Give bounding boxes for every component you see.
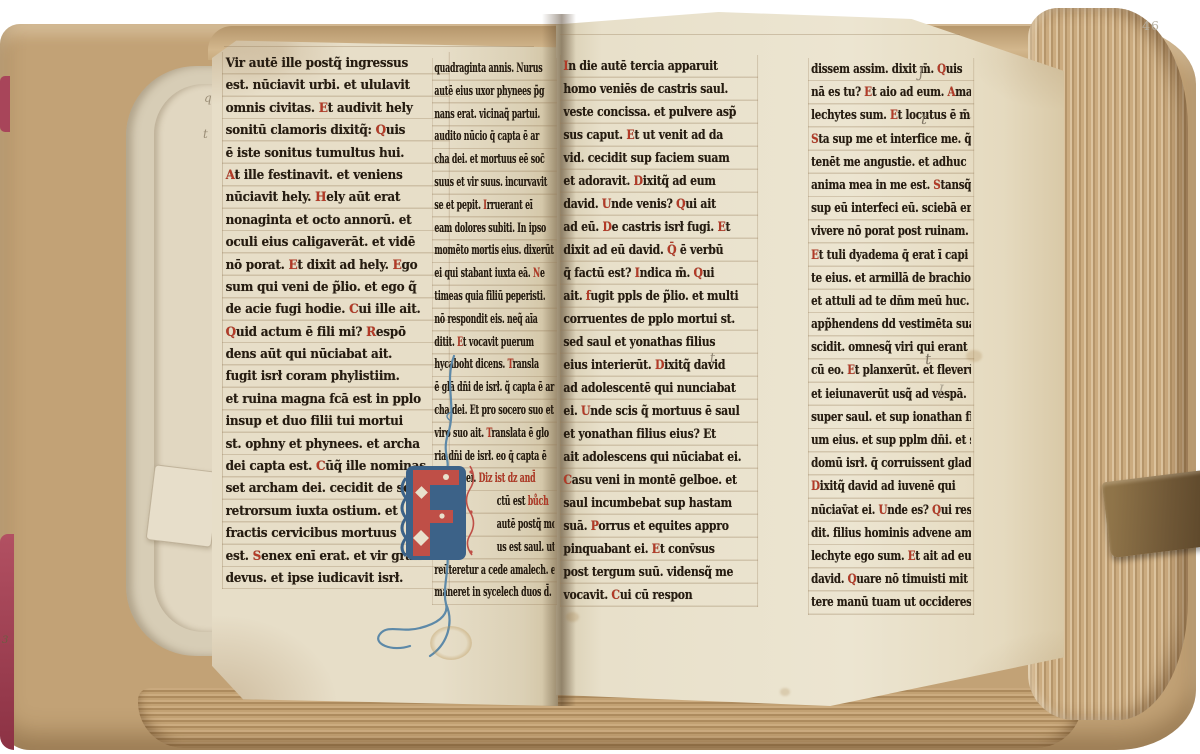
manuscript-line: dit. filius hominis advene ama [811, 522, 971, 545]
manuscript-line: momēto mortis eius. dixerūt [434, 240, 554, 263]
manuscript-line: post tergum suū. vidensq̃ me [563, 561, 754, 584]
manuscript-line: eam dolores subiti. In ipso [434, 218, 554, 241]
manuscript-line: At ille festinavit. et veniens [226, 164, 446, 186]
manuscript-line: Et tuli dyadema q̄ erat ī capi [811, 244, 971, 267]
manuscript-line: te eius. et armillā de brachio il. [811, 267, 971, 290]
manuscript-line: ē iste sonitus tumultus hui. [226, 142, 446, 164]
ruling-line [560, 34, 960, 35]
ruling-line [224, 46, 534, 47]
manuscript-line: lechyte ego sum. Et ait ad eum [811, 545, 971, 568]
manuscript-line: super saul. et sup ionathan fili [811, 406, 971, 429]
illuminated-initial-and-flourish [358, 352, 493, 664]
manuscript-line: q̄ factū est? Indica m̄. Qui [563, 262, 754, 285]
manuscript-line: dissem assim. dixit m̄. Quis [811, 58, 971, 81]
marginal-mark: t [203, 128, 208, 140]
manuscript-line: david. Unde venis? Qui ait [563, 193, 754, 216]
manuscript-line: timeas quia filiū peperisti. [434, 286, 554, 309]
manuscript-line: Quid actum ē fili mi? Respō [226, 321, 446, 343]
manuscript-line: saul incumbebat sup hastam [563, 492, 754, 515]
manuscript-line: sus caput. Et ut venit ad da [563, 124, 754, 147]
manuscript-line: app̃hendens dd vestimēta sua [811, 313, 971, 336]
manuscript-line: ait adolescens qui nūciabat ei. [563, 446, 754, 469]
manuscript-line: corruentes de pplo mortui st. [563, 308, 754, 331]
text-column-right-1: In die autē tercia apparuithomo veniēs d… [560, 55, 758, 607]
manuscript-line: omnis civitas. Et audivit hely [226, 97, 446, 119]
manuscript-line: ait. fugit ppls de p̃lio. et multi [563, 285, 754, 308]
manuscript-line: vid. cecidit sup faciem suam [563, 147, 754, 170]
marginal-mark: 3 [2, 636, 8, 646]
manuscript-line: et ieiunaverūt usq̃ ad vespā. [811, 383, 971, 406]
manuscript-line: nō respondit eis. neq̃ aīa [434, 309, 554, 332]
marginal-mark: J [917, 66, 924, 81]
parchment-stain [566, 612, 579, 622]
manuscript-line: nā es tu? Et aio ad eum. Ama [811, 81, 971, 104]
red-cover-edge-top [0, 76, 10, 132]
manuscript-line: ad eū. De castris isrł fugi. Et [563, 216, 754, 239]
manuscript-line: Casu veni in montē gelboe. et [563, 469, 754, 492]
manuscript-book: Vir autē ille postq̃ ingressusest. nūcia… [0, 0, 1200, 754]
manuscript-line: vocavit. Cui cū respon [563, 584, 754, 607]
marginal-mark: t [710, 352, 716, 365]
manuscript-line: sup eū interfeci eū. sciebā enī q̃ [811, 197, 971, 220]
manuscript-line: est. nūciavit urbi. et ululavit [226, 74, 446, 96]
marginal-mark: q [204, 92, 212, 104]
initial-red-filigree [467, 466, 474, 555]
leather-strap [1102, 470, 1200, 558]
manuscript-line: ei qui stabant iuxta eā. Ne [434, 263, 554, 286]
parchment-stain [966, 350, 982, 362]
manuscript-line: um eius. et sup pplm dn̄i. et sup [811, 429, 971, 452]
manuscript-line: suā. Porrus et equites appro [563, 515, 754, 538]
manuscript-line: Vir autē ille postq̃ ingressus [226, 52, 446, 74]
manuscript-line: tere manū tuam ut occideres [811, 591, 971, 614]
manuscript-line: suus et vir suus. incurvavit [434, 172, 554, 195]
manuscript-line: anima mea in me est. Stansq̃ [811, 174, 971, 197]
manuscript-line: homo veniēs de castris saul. [563, 78, 754, 101]
parchment-stain [780, 688, 790, 696]
manuscript-line: pinquabant ei. Et conv̄sus [563, 538, 754, 561]
marginal-mark: t [921, 112, 928, 127]
manuscript-line: de acie fugi hodie. Cui ille ait. [226, 298, 446, 320]
manuscript-line: Sta sup me et interfice me. q̃ [811, 128, 971, 151]
manuscript-line: audito nūcio q̄ capta ē ar [434, 126, 554, 149]
manuscript-line: oculi eius caligaverāt. et vidē [226, 231, 446, 253]
manuscript-line: domū isrł. q̄ corruissent gladio. [811, 452, 971, 475]
manuscript-line: sum qui veni de p̃lio. et ego q̃ [226, 276, 446, 298]
manuscript-line: vivere nō porat post ruinam. [811, 220, 971, 243]
manuscript-line: nans erat. vicinaq̃ partui. [434, 104, 554, 127]
manuscript-line: nūciavit hely. Hely aūt erat [226, 186, 446, 208]
manuscript-line: nonaginta et octo annorū. et [226, 209, 446, 231]
manuscript-line: veste concissa. et pulvere asp̃ [563, 101, 754, 124]
manuscript-line: scidit. omnesq̃ viri qui erant [811, 336, 971, 359]
manuscript-line: sonitū clamoris dixitq̃: Quis [226, 119, 446, 141]
manuscript-line: david. Quare nō timuisti mit [811, 568, 971, 591]
folio-number: 46 [1142, 18, 1160, 33]
manuscript-line: eius interierūt. Dixitq̃ david [563, 354, 754, 377]
parchment-stain [430, 626, 472, 660]
manuscript-line: cū eo. Et planxerūt. et fleverūt [811, 359, 971, 382]
manuscript-line: ei. Unde scis q̃ mortuus ē saul [563, 400, 754, 423]
folded-sheet-corner [146, 464, 221, 547]
text-column-right-2: dissem assim. dixit m̄. Quisnā es tu? Et… [808, 58, 974, 615]
manuscript-line: nūciav̄at ei. Unde es? Qui respō [811, 499, 971, 522]
manuscript-line: ditit. Et vocavit puerum [434, 332, 554, 355]
marginal-mark: J [938, 384, 944, 397]
manuscript-line: et adoravit. Dixitq̃ ad eum [563, 170, 754, 193]
manuscript-line: cha dei. et mortuus eē soc̄ [434, 149, 554, 172]
manuscript-line: sed saul et yonathas filius [563, 331, 754, 354]
manuscript-line: autē eius uxor phynees p̃g [434, 81, 554, 104]
manuscript-line: quadraginta annis. Nurus [434, 58, 554, 81]
manuscript-line: lechytes sum. Et locutus ē m̄. [811, 104, 971, 127]
manuscript-line: et yonathan filius eius? Et [563, 423, 754, 446]
manuscript-line: ad adolescentē qui nunciabat [563, 377, 754, 400]
manuscript-line: In die autē tercia apparuit [563, 55, 754, 78]
manuscript-line: se et pepit. Irruerant eī [434, 195, 554, 218]
marginal-mark: t [924, 352, 931, 367]
manuscript-line: dixit ad eū david. Q̄ ē verbū [563, 239, 754, 262]
manuscript-line: nō porat. Et dixit ad hely. Ego [226, 254, 446, 276]
manuscript-line: Dixitq̃ david ad iuvenē qui [811, 475, 971, 498]
manuscript-line: tenēt me angustie. et adhuc [811, 151, 971, 174]
manuscript-line: et attuli ad te dn̄m meū huc. [811, 290, 971, 313]
